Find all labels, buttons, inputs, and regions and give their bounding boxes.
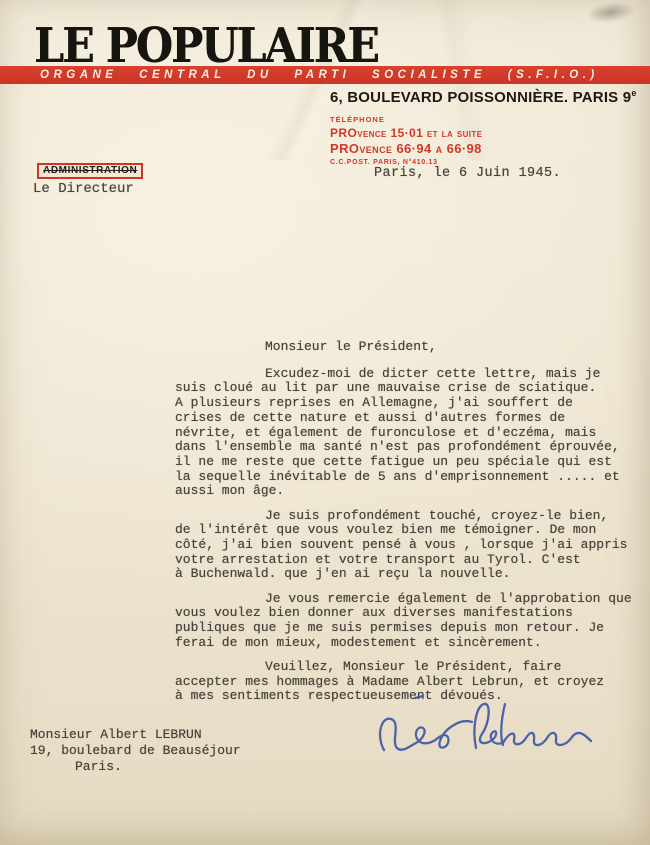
pencil-smudge: [589, 0, 637, 25]
telephone-label: TÉLÉPHONE: [330, 115, 637, 124]
administration-stamp: ADMINISTRATION: [37, 163, 143, 179]
letter-body: Monsieur le Président, Excudez-moi de di…: [175, 340, 650, 713]
street-address: 6, BOULEVARD POISSONNIÈRE. PARIS 9e: [330, 85, 637, 106]
paragraph-2: Je suis profondément touché, croyez-le b…: [175, 509, 650, 583]
signature: [372, 688, 622, 773]
phone-line-1: PROvence 15·01 et la suite: [330, 126, 637, 140]
salutation: Monsieur le Président,: [175, 340, 650, 355]
recipient-name: Monsieur Albert LEBRUN: [30, 727, 241, 743]
street-address-text: 6, BOULEVARD POISSONNIÈRE. PARIS 9: [330, 89, 631, 106]
banner-subtitle: ORGANE CENTRAL DU PARTI SOCIALISTE (S.F.…: [40, 68, 599, 82]
contact-block: 6, BOULEVARD POISSONNIÈRE. PARIS 9e TÉLÉ…: [330, 85, 637, 166]
newspaper-title: LE POPULAIRE: [34, 22, 378, 72]
letter-page: LE POPULAIRE ORGANE CENTRAL DU PARTI SOC…: [0, 0, 650, 845]
dateline: Paris, le 6 Juin 1945.: [374, 166, 561, 181]
postal-account: C.C.POST. PARIS, N°410.13: [330, 159, 637, 166]
director-line: Le Directeur: [33, 181, 134, 197]
street-address-sup: e: [631, 88, 636, 98]
recipient-street: 19, boulebard de Beauséjour: [30, 743, 241, 759]
paragraph-1: Excudez-moi de dicter cette lettre, mais…: [175, 367, 650, 499]
paragraph-3: Je vous remercie également de l'approbat…: [175, 592, 650, 651]
red-banner: ORGANE CENTRAL DU PARTI SOCIALISTE (S.F.…: [0, 66, 650, 84]
recipient-address: Monsieur Albert LEBRUN 19, boulebard de …: [30, 727, 241, 776]
recipient-city: Paris.: [75, 759, 241, 775]
signature-ink-icon: [372, 688, 622, 773]
phone-line-2: PROvence 66·94 a 66·98: [330, 141, 637, 156]
